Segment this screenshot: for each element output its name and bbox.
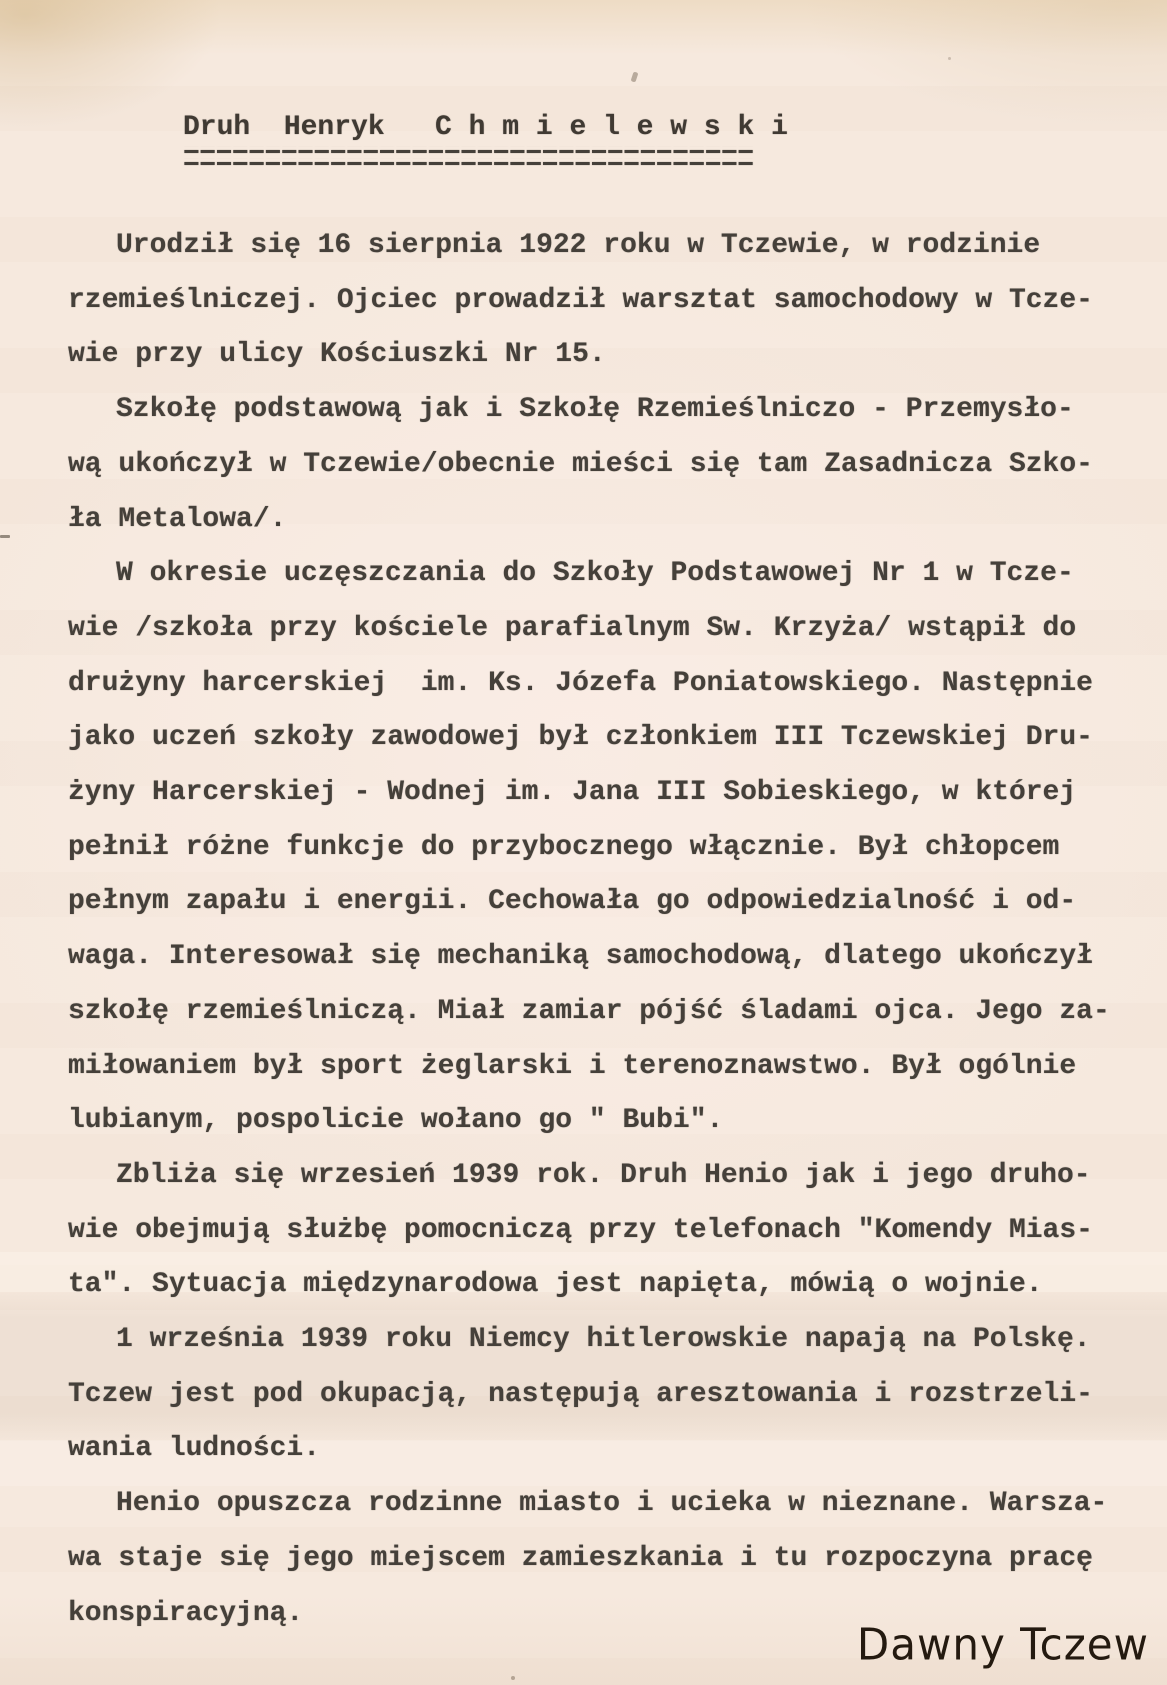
text-line: W okresie uczęszczania do Szkoły Podstaw… bbox=[68, 547, 1148, 602]
title-underline: =================================== bbox=[183, 146, 754, 158]
document-body: Urodził się 16 sierpnia 1922 roku w Tcze… bbox=[68, 219, 1148, 1641]
text-line: wie /szkoła przy kościele parafialnym Sw… bbox=[68, 602, 1148, 657]
text-line: wie przy ulicy Kościuszki Nr 15. bbox=[68, 328, 1148, 383]
text-line: wania ludności. bbox=[68, 1422, 1148, 1477]
text-line: drużyny harcerskiej im. Ks. Józefa Ponia… bbox=[68, 657, 1148, 712]
text-line: wą ukończył w Tczewie/obecnie mieści się… bbox=[68, 438, 1148, 493]
text-line: ła Metalowa/. bbox=[68, 493, 1148, 548]
paper-speck bbox=[511, 1676, 515, 1680]
scanned-document-page: { "page": { "paper_color": "#f6e9de", "i… bbox=[0, 0, 1167, 1685]
text-line: pełnił różne funkcje do przybocznego włą… bbox=[68, 821, 1148, 876]
text-line: miłowaniem był sport żeglarski i terenoz… bbox=[68, 1040, 1148, 1095]
text-line: szkołę rzemieślniczą. Miał zamiar pójść … bbox=[68, 985, 1148, 1040]
text-line: Henio opuszcza rodzinne miasto i ucieka … bbox=[68, 1477, 1148, 1532]
text-line: lubianym, pospolicie wołano go " Bubi". bbox=[68, 1094, 1148, 1149]
paper-speck bbox=[0, 535, 10, 538]
text-line: wie obejmują służbę pomocniczą przy tele… bbox=[68, 1204, 1148, 1259]
text-line: żyny Harcerskiej - Wodnej im. Jana III S… bbox=[68, 766, 1148, 821]
document-title: Druh Henryk C h m i e l e w s k i bbox=[183, 112, 788, 143]
text-line: Tczew jest pod okupacją, następują aresz… bbox=[68, 1368, 1148, 1423]
text-line: Zbliża się wrzesień 1939 rok. Druh Henio… bbox=[68, 1149, 1148, 1204]
text-line: jako uczeń szkoły zawodowej był członkie… bbox=[68, 711, 1148, 766]
text-line: rzemieślniczej. Ojciec prowadził warszta… bbox=[68, 274, 1148, 329]
paper-speck bbox=[948, 57, 951, 60]
text-line: 1 września 1939 roku Niemcy hitlerowskie… bbox=[68, 1313, 1148, 1368]
watermark: Dawny Tczew bbox=[857, 1619, 1149, 1670]
text-line: Szkołę podstawową jak i Szkołę Rzemieśln… bbox=[68, 383, 1148, 438]
title-underline-row2: =================================== bbox=[183, 158, 754, 170]
text-line: ta". Sytuacja międzynarodowa jest napięt… bbox=[68, 1258, 1148, 1313]
text-line: Urodził się 16 sierpnia 1922 roku w Tcze… bbox=[68, 219, 1148, 274]
text-line: waga. Interesował się mechaniką samochod… bbox=[68, 930, 1148, 985]
text-line: wa staje się jego miejscem zamieszkania … bbox=[68, 1532, 1148, 1587]
text-line: pełnym zapału i energii. Cechowała go od… bbox=[68, 875, 1148, 930]
paper-speck bbox=[631, 71, 639, 82]
